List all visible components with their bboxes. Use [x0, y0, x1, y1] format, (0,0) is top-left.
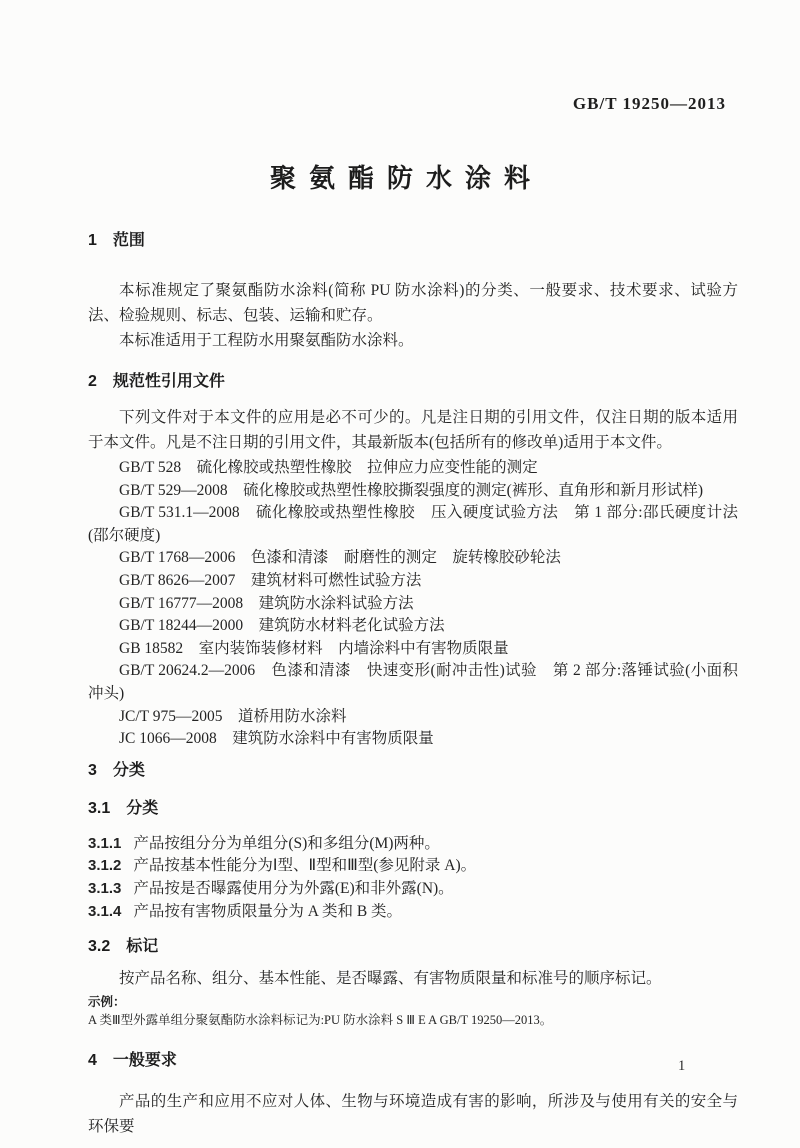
reference-item: GB 18582 室内装饰装修材料 内墙涂料中有害物质限量: [88, 638, 738, 661]
clause-item: 3.1.3产品按是否曝露使用分为外露(E)和非外露(N)。: [88, 878, 738, 901]
section-number: 3: [88, 762, 97, 779]
clause-item: 3.1.4产品按有害物质限量分为 A 类和 B 类。: [88, 901, 738, 924]
marking-paragraph: 按产品名称、组分、基本性能、是否曝露、有害物质限量和标准号的顺序标记。: [88, 966, 738, 991]
doc-number: GB/T 19250—2013: [573, 94, 726, 114]
reference-item: GB/T 16777—2008 建筑防水涂料试验方法: [88, 593, 738, 616]
subsection-label: 标记: [126, 938, 158, 955]
section-heading-references: 2规范性引用文件: [88, 371, 738, 393]
clause-text: 产品按是否曝露使用分为外露(E)和非外露(N)。: [133, 880, 453, 897]
clause-item: 3.1.2产品按基本性能分为Ⅰ型、Ⅱ型和Ⅲ型(参见附录 A)。: [88, 855, 738, 878]
subsection-number: 3.2: [88, 938, 110, 955]
section-number: 2: [88, 373, 97, 390]
standard-document-page: GB/T 19250—2013 聚氨酯防水涂料 1范围 本标准规定了聚氨酯防水涂…: [0, 0, 800, 1148]
clause-number: 3.1.2: [88, 857, 121, 874]
example-text: A 类Ⅲ型外露单组分聚氨酯防水涂料标记为:PU 防水涂料 S Ⅲ E A GB/…: [88, 1011, 738, 1029]
scope-paragraph-2: 本标准适用于工程防水用聚氨酯防水涂料。: [88, 328, 738, 353]
general-paragraph: 产品的生产和应用不应对人体、生物与环境造成有害的影响，所涉及与使用有关的安全与环…: [88, 1089, 738, 1139]
example-label: 示例：: [88, 994, 738, 1011]
clause-text: 产品按组分分为单组分(S)和多组分(M)两种。: [133, 835, 440, 852]
reference-item: JC 1066—2008 建筑防水涂料中有害物质限量: [88, 728, 738, 751]
reference-item: GB/T 8626—2007 建筑材料可燃性试验方法: [88, 570, 738, 593]
page-title: 聚氨酯防水涂料: [0, 158, 800, 195]
section-label: 分类: [113, 762, 145, 779]
clause-item: 3.1.1产品按组分分为单组分(S)和多组分(M)两种。: [88, 833, 738, 856]
clause-number: 3.1.4: [88, 903, 121, 920]
section-label: 范围: [113, 232, 145, 249]
reference-item: GB/T 18244—2000 建筑防水材料老化试验方法: [88, 615, 738, 638]
references-list: GB/T 528 硫化橡胶或热塑性橡胶 拉伸应力应变性能的测定 GB/T 529…: [88, 457, 738, 751]
scope-paragraph-1: 本标准规定了聚氨酯防水涂料(简称 PU 防水涂料)的分类、一般要求、技术要求、试…: [88, 278, 738, 328]
reference-item: GB/T 531.1—2008 硫化橡胶或热塑性橡胶 压入硬度试验方法 第 1 …: [88, 502, 738, 547]
subsection-heading-marking: 3.2标记: [88, 936, 738, 958]
section-number: 4: [88, 1052, 97, 1069]
subsection-label: 分类: [126, 800, 158, 817]
subsection-number: 3.1: [88, 800, 110, 817]
section-heading-general: 4一般要求: [88, 1050, 738, 1072]
reference-item: GB/T 529—2008 硫化橡胶或热塑性橡胶撕裂强度的测定(裤形、直角形和新…: [88, 480, 738, 503]
section-label: 规范性引用文件: [113, 373, 225, 390]
subsection-heading-classification: 3.1分类: [88, 798, 738, 820]
clause-text: 产品按基本性能分为Ⅰ型、Ⅱ型和Ⅲ型(参见附录 A)。: [133, 857, 476, 874]
reference-item: GB/T 1768—2006 色漆和清漆 耐磨性的测定 旋转橡胶砂轮法: [88, 547, 738, 570]
reference-item: JC/T 975—2005 道桥用防水涂料: [88, 706, 738, 729]
reference-item: GB/T 20624.2—2006 色漆和清漆 快速变形(耐冲击性)试验 第 2…: [88, 660, 738, 705]
section-number: 1: [88, 232, 97, 249]
page-number: 1: [678, 1058, 685, 1075]
section-heading-scope: 1范围: [88, 230, 738, 252]
clause-text: 产品按有害物质限量分为 A 类和 B 类。: [133, 903, 402, 920]
references-intro: 下列文件对于本文件的应用是必不可少的。凡是注日期的引用文件，仅注日期的版本适用于…: [88, 405, 738, 455]
clause-number: 3.1.1: [88, 835, 121, 852]
section-label: 一般要求: [113, 1052, 177, 1069]
document-body: 1范围 本标准规定了聚氨酯防水涂料(简称 PU 防水涂料)的分类、一般要求、技术…: [88, 222, 738, 1139]
reference-item: GB/T 528 硫化橡胶或热塑性橡胶 拉伸应力应变性能的测定: [88, 457, 738, 480]
classification-clauses: 3.1.1产品按组分分为单组分(S)和多组分(M)两种。 3.1.2产品按基本性…: [88, 833, 738, 923]
clause-number: 3.1.3: [88, 880, 121, 897]
section-heading-classification: 3分类: [88, 760, 738, 782]
